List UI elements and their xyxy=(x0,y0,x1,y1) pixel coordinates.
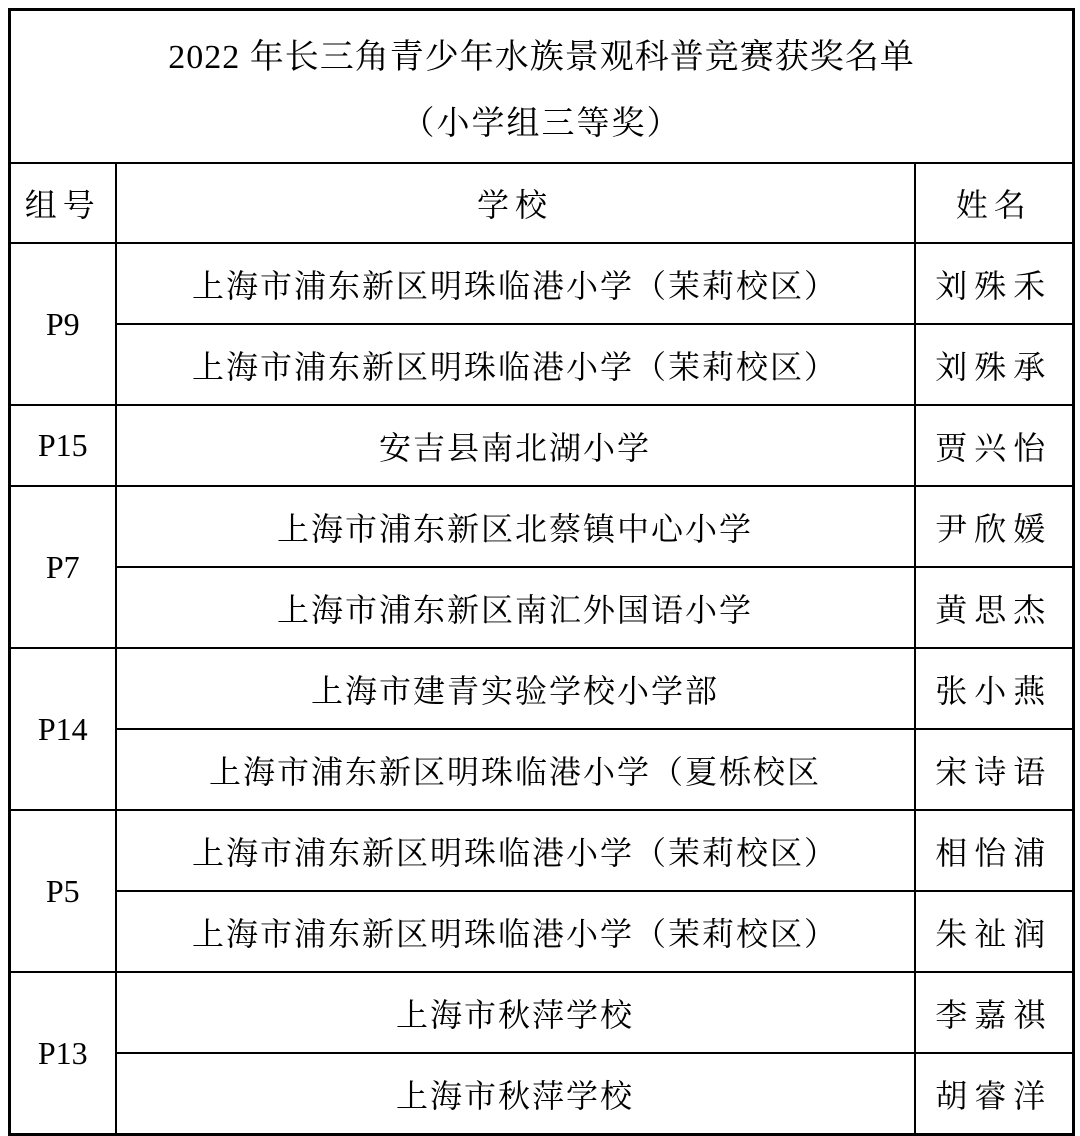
winner-name-cell: 胡睿洋 xyxy=(915,1053,1074,1135)
group-id-cell: P5 xyxy=(10,810,116,972)
winner-name-cell: 朱祉润 xyxy=(915,891,1074,972)
winner-name-cell: 张小燕 xyxy=(915,648,1074,729)
table-row: 上海市浦东新区明珠临港小学（茉莉校区）刘殊承 xyxy=(10,324,1074,405)
header-row: 组号 学校 姓名 xyxy=(10,163,1074,243)
document-page: 2022 年长三角青少年水族景观科普竞赛获奖名单 （小学组三等奖） 组号 学校 … xyxy=(0,0,1080,1122)
school-cell: 上海市浦东新区南汇外国语小学 xyxy=(116,567,915,648)
winner-name-cell: 黄思杰 xyxy=(915,567,1074,648)
table-row: 上海市浦东新区南汇外国语小学黄思杰 xyxy=(10,567,1074,648)
table-row: 上海市秋萍学校胡睿洋 xyxy=(10,1053,1074,1135)
document-subtitle: （小学组三等奖） xyxy=(402,97,682,144)
group-id-cell: P13 xyxy=(10,972,116,1135)
winner-name-cell: 刘殊承 xyxy=(915,324,1074,405)
school-cell: 上海市浦东新区北蔡镇中心小学 xyxy=(116,486,915,567)
header-name: 姓名 xyxy=(915,163,1074,243)
award-table: 2022 年长三角青少年水族景观科普竞赛获奖名单 （小学组三等奖） 组号 学校 … xyxy=(8,8,1075,1136)
header-school: 学校 xyxy=(116,163,915,243)
table-row: P5上海市浦东新区明珠临港小学（茉莉校区）相怡浦 xyxy=(10,810,1074,891)
table-row: 上海市浦东新区明珠临港小学（茉莉校区）朱祉润 xyxy=(10,891,1074,972)
winner-name-cell: 李嘉祺 xyxy=(915,972,1074,1053)
school-cell: 安吉县南北湖小学 xyxy=(116,405,915,486)
winner-name-cell: 尹欣媛 xyxy=(915,486,1074,567)
group-id-cell: P15 xyxy=(10,405,116,486)
table-body: P9上海市浦东新区明珠临港小学（茉莉校区）刘殊禾上海市浦东新区明珠临港小学（茉莉… xyxy=(10,243,1074,1135)
winner-name-cell: 贾兴怡 xyxy=(915,405,1074,486)
school-cell: 上海市秋萍学校 xyxy=(116,972,915,1053)
school-cell: 上海市浦东新区明珠临港小学（茉莉校区） xyxy=(116,891,915,972)
school-cell: 上海市浦东新区明珠临港小学（茉莉校区） xyxy=(116,810,915,891)
school-cell: 上海市秋萍学校 xyxy=(116,1053,915,1135)
title-cell: 2022 年长三角青少年水族景观科普竞赛获奖名单 （小学组三等奖） xyxy=(10,10,1074,164)
school-cell: 上海市建青实验学校小学部 xyxy=(116,648,915,729)
table-row: P15安吉县南北湖小学贾兴怡 xyxy=(10,405,1074,486)
table-row: P14上海市建青实验学校小学部张小燕 xyxy=(10,648,1074,729)
table-row: P7上海市浦东新区北蔡镇中心小学尹欣媛 xyxy=(10,486,1074,567)
header-group: 组号 xyxy=(10,163,116,243)
group-id-cell: P7 xyxy=(10,486,116,648)
school-cell: 上海市浦东新区明珠临港小学（夏栎校区 xyxy=(116,729,915,810)
table-row: P9上海市浦东新区明珠临港小学（茉莉校区）刘殊禾 xyxy=(10,243,1074,324)
school-cell: 上海市浦东新区明珠临港小学（茉莉校区） xyxy=(116,324,915,405)
winner-name-cell: 刘殊禾 xyxy=(915,243,1074,324)
winner-name-cell: 宋诗语 xyxy=(915,729,1074,810)
winner-name-cell: 相怡浦 xyxy=(915,810,1074,891)
group-id-cell: P14 xyxy=(10,648,116,810)
document-title: 2022 年长三角青少年水族景观科普竞赛获奖名单 xyxy=(168,29,915,78)
school-cell: 上海市浦东新区明珠临港小学（茉莉校区） xyxy=(116,243,915,324)
group-id-cell: P9 xyxy=(10,243,116,405)
table-row: 上海市浦东新区明珠临港小学（夏栎校区宋诗语 xyxy=(10,729,1074,810)
title-row: 2022 年长三角青少年水族景观科普竞赛获奖名单 （小学组三等奖） xyxy=(10,10,1074,164)
table-row: P13上海市秋萍学校李嘉祺 xyxy=(10,972,1074,1053)
